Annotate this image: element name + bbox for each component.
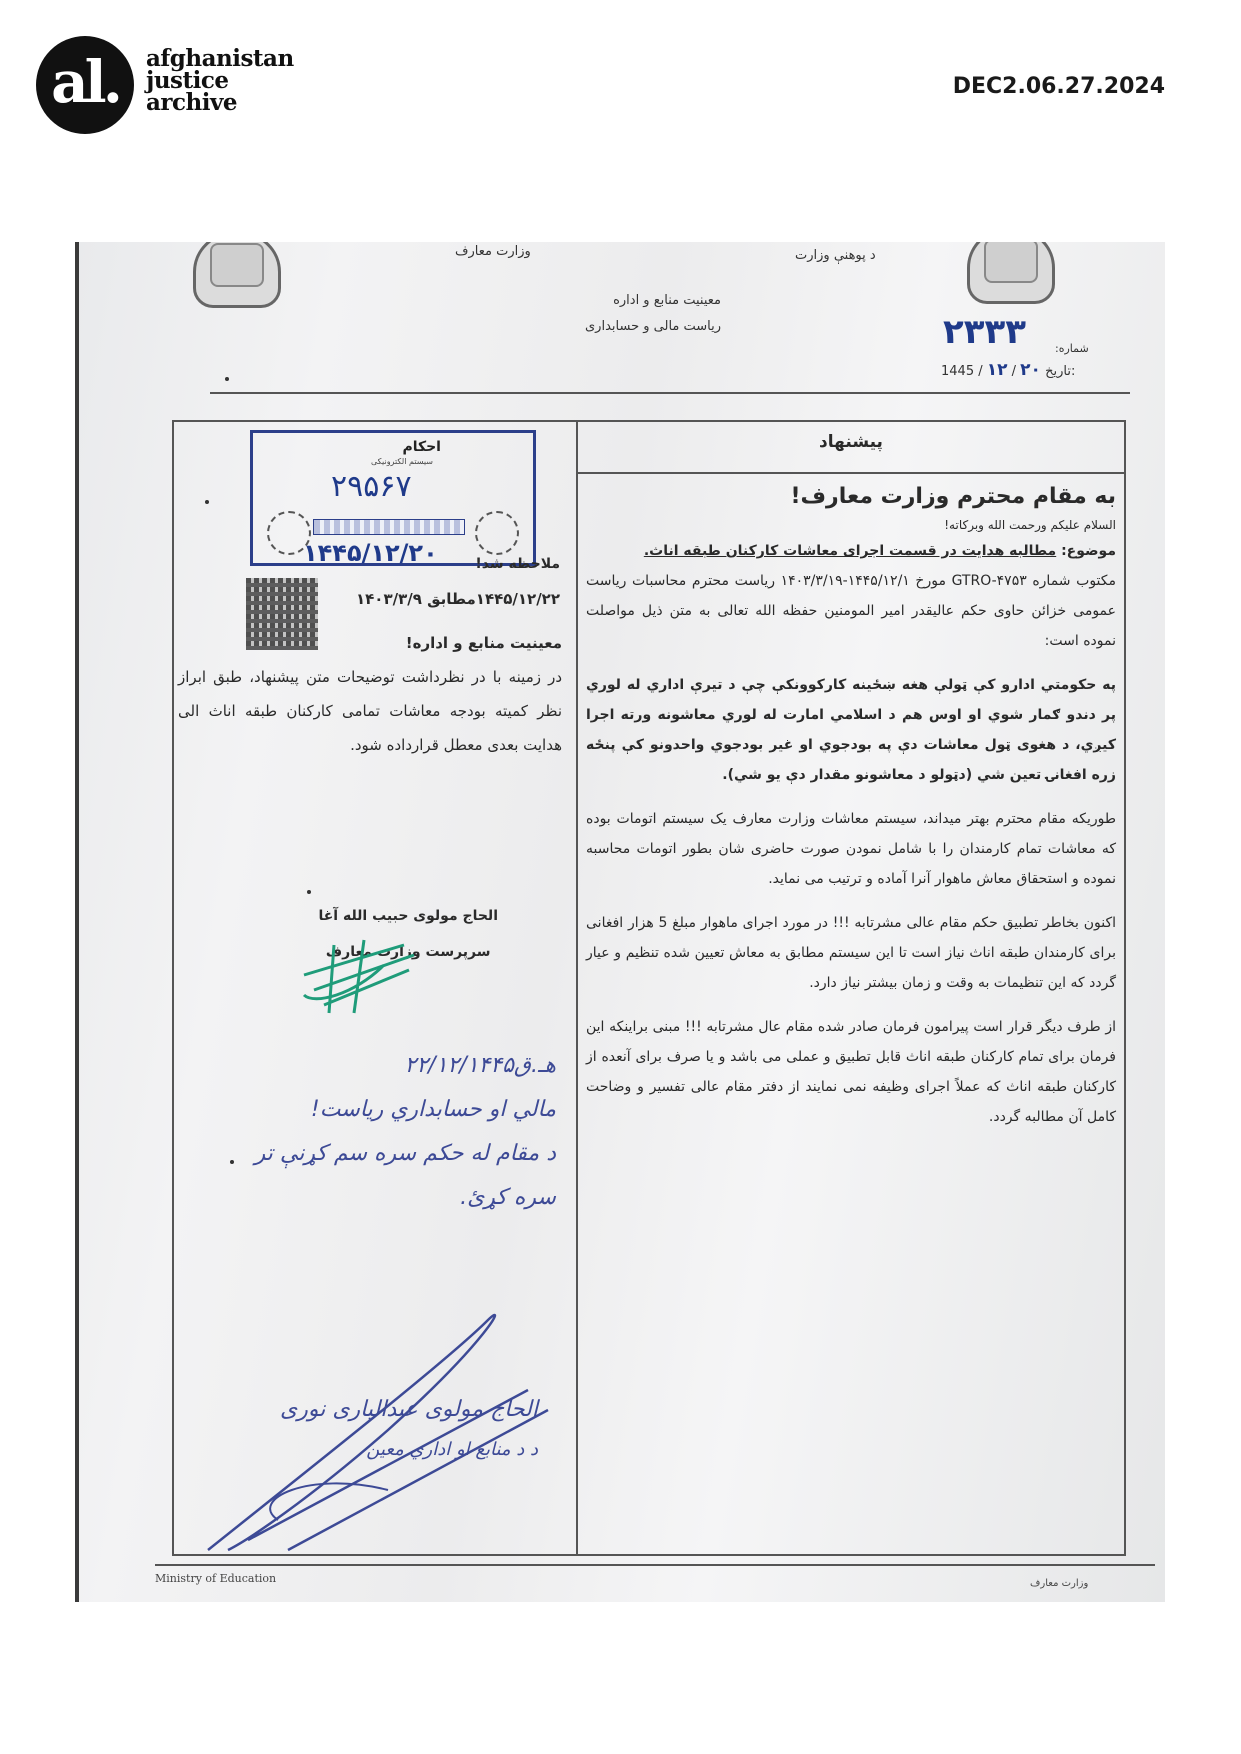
date-day: ۲۰ (1020, 360, 1041, 380)
addressee: معینیت منابع و اداره! (178, 626, 562, 660)
stamp-number: ۲۹۵۶۷ (331, 469, 412, 504)
document-code: DEC2.06.27.2024 (953, 74, 1165, 99)
paragraph: اکنون بخاطر تطبیق حکم مقام عالی مشرتابه … (586, 908, 1116, 998)
header-divider (210, 392, 1130, 394)
department-line: ریاست مالی و حسابداری (585, 314, 721, 340)
proposal-column: به مقام محترم وزارت معارف! السلام علیکم … (586, 480, 1116, 1146)
footer-english: Ministry of Education (155, 1572, 276, 1585)
emblem-detail (984, 242, 1038, 283)
handwritten-date: ۲۲/۱۲/۱۴۴۵هـ.ق (405, 1044, 556, 1088)
header-rule (576, 472, 1124, 474)
date-year: 1445 (941, 364, 974, 379)
stamp-title: احکام (402, 439, 441, 455)
reference-date: 1445 / ۱۲ / ۲۰ تاریخ: (941, 360, 1075, 380)
paragraph: از طرف دیگر قرار است پیرامون فرمان صادر … (586, 1012, 1116, 1132)
emblem-detail (210, 243, 264, 287)
stamp-date: ۱۴۴۵/۱۲/۲۰ (303, 539, 438, 567)
speck (230, 1160, 234, 1164)
stamp-band (313, 519, 465, 535)
paper-edge (75, 242, 79, 1602)
speck (225, 377, 229, 381)
speck (307, 890, 311, 894)
second-signer-sub: د د منابع او اداري معین (280, 1430, 538, 1470)
noted-label: ملاحظه شد! (475, 556, 560, 572)
second-signer: الحاج مولوی عبدالباری نوری د د منابع او … (280, 1390, 538, 1470)
emblem-icon (193, 242, 281, 308)
greeting: السلام علیکم ورحمت الله وبرکاته! (586, 514, 1116, 536)
seal-icon (475, 511, 519, 555)
brand-line: archive (146, 92, 294, 114)
logo-glyph: al. (51, 48, 119, 116)
department-line: معینیت منابع و اداره (585, 288, 721, 314)
proposal-title: به مقام محترم وزارت معارف! (586, 480, 1116, 514)
green-signature-icon (294, 935, 424, 1015)
paragraph-pashto-order: په حکومتي ادارو کې ټولې هغه ښځینه کارکوو… (586, 670, 1116, 790)
footer-persian: وزارت معارف (1030, 1578, 1088, 1589)
signer-name: الحاج مولوی حبیب الله آغا (318, 898, 498, 934)
handwritten-line: سره کړئ. (196, 1176, 556, 1220)
footer-divider (155, 1564, 1155, 1566)
column-divider (576, 422, 578, 1554)
emblem-icon (967, 242, 1055, 304)
handwritten-line: مالي او حسابداري رياست! (196, 1088, 556, 1132)
stamp-subtitle: سیستم الکترونیکی (371, 457, 433, 466)
proposal-column-header: پیشنهاد (578, 432, 1124, 452)
subject-label: موضوع: (1061, 543, 1116, 559)
archive-brand: afghanistan justice archive (146, 48, 294, 114)
decision-body: معینیت منابع و اداره! در زمینه با در نظر… (178, 626, 562, 762)
subject-text: مطالبه هدایت در قسمت اجرای معاشات کارکنا… (644, 543, 1056, 559)
date-label: تاریخ: (1045, 364, 1075, 379)
department-block: معینیت منابع و اداره ریاست مالی و حسابدا… (585, 288, 721, 340)
second-signer-name: الحاج مولوی عبدالباری نوری (280, 1390, 538, 1430)
subject-line: موضوع: مطالبه هدایت در قسمت اجرای معاشات… (586, 536, 1116, 566)
reference-number: ۲۳۳۳ (943, 312, 1026, 352)
archive-logo: al. (36, 36, 134, 134)
scanned-document: وزارت معارف د پوهنې وزارت معینیت منابع و… (75, 242, 1165, 1602)
reference-number-label: شماره: (1055, 342, 1089, 355)
noted-date: ۱۴۴۵/۱۲/۲۲مطابق ۱۴۰۳/۳/۹ (356, 590, 560, 608)
ministry-name-dari: وزارت معارف (455, 244, 531, 259)
date-month: ۱۲ (987, 360, 1008, 380)
memo-table: پیشنهاد به مقام محترم وزارت معارف! السلا… (172, 420, 1126, 1556)
handwritten-line: د مقام له حکم سره سم کړنې تر (196, 1132, 556, 1176)
ministry-name-pashto: د پوهنې وزارت (795, 248, 876, 263)
instruction-text: در زمینه با در نظرداشت توضیحات متن پیشنه… (178, 660, 562, 762)
speck (205, 500, 209, 504)
handwritten-instruction: ۲۲/۱۲/۱۴۴۵هـ.ق مالي او حسابداري رياست! د… (196, 1044, 556, 1220)
decree-stamp: احکام سیستم الکترونیکی ۲۹۵۶۷ ۱۴۴۵/۱۲/۲۰ (250, 430, 536, 566)
paragraph: طوریکه مقام محترم بهتر میداند، سیستم معا… (586, 804, 1116, 894)
paragraph: مکتوب شماره GTRO-۴۷۵۳ مورخ ۱۴۴۵/۱۲/۱-۱۴۰… (586, 566, 1116, 656)
